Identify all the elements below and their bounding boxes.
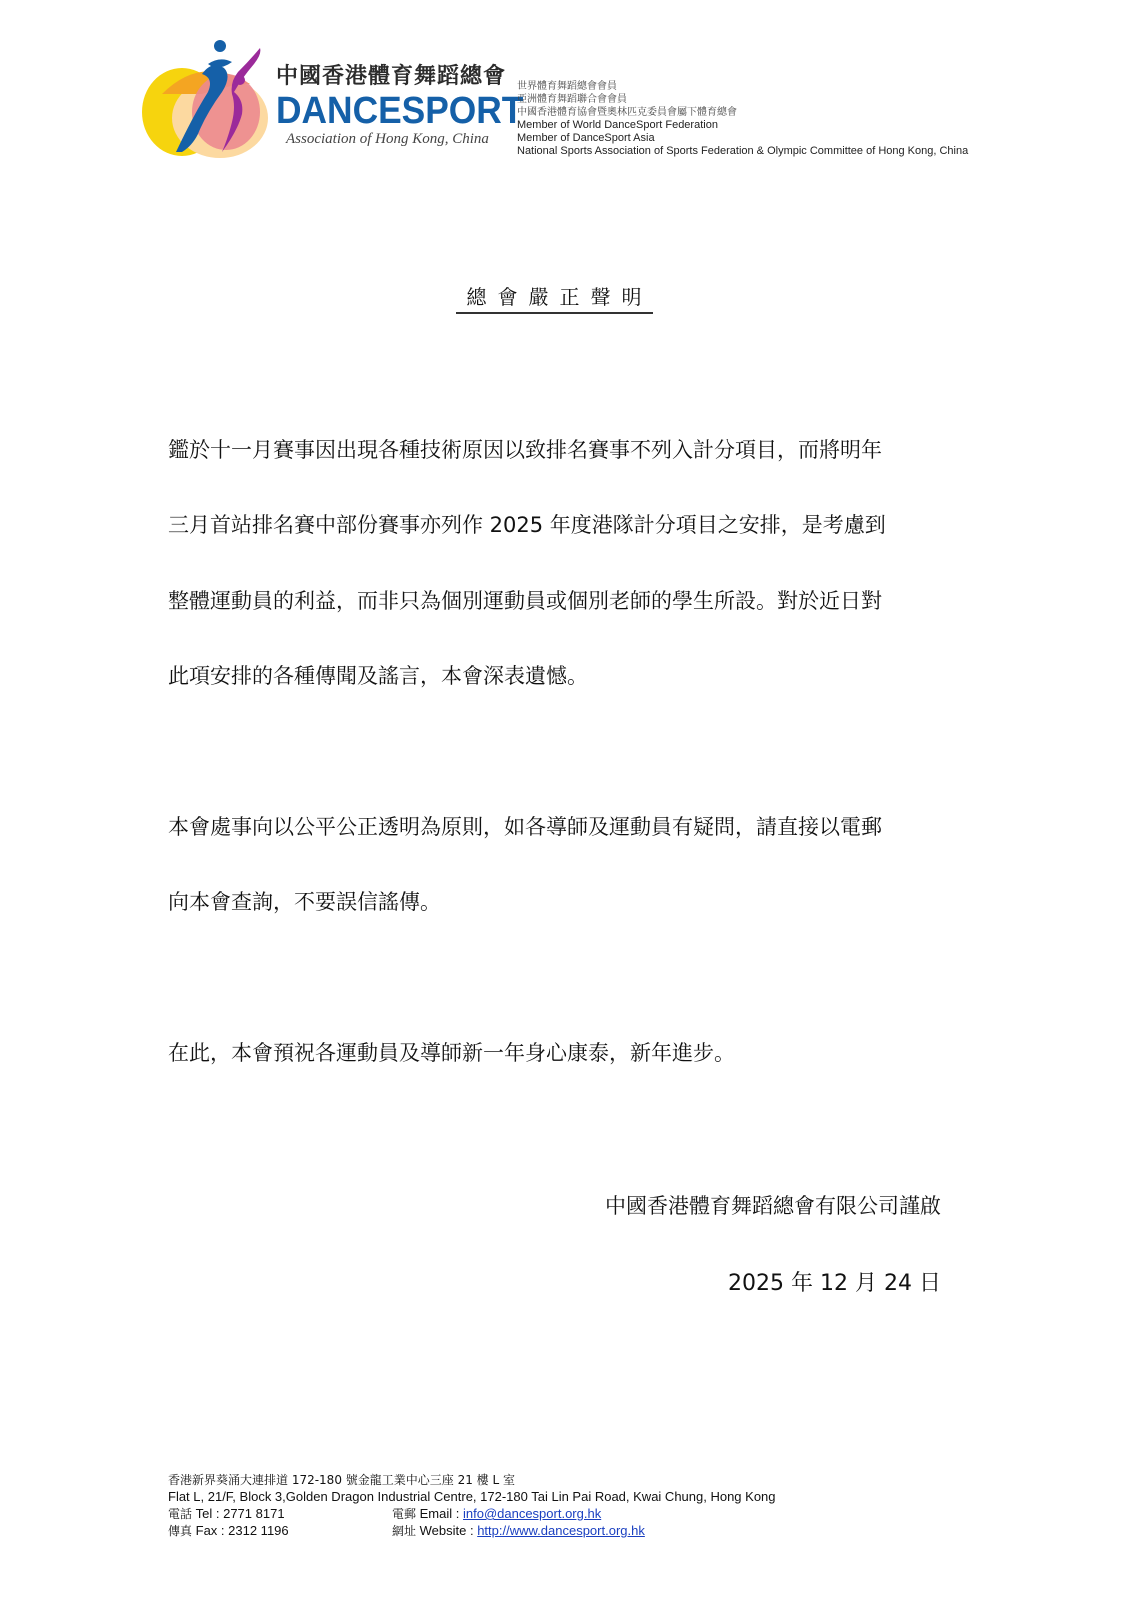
address-cn: 香港新界葵涌大連排道 172-180 號金龍工業中心三座 21 樓 L 室 xyxy=(168,1471,776,1488)
address-en: Flat L, 21/F, Block 3,Golden Dragon Indu… xyxy=(168,1488,776,1505)
logo-chinese-name: 中國香港體育舞蹈總會 xyxy=(276,64,542,90)
membership-line: 世界體育舞蹈總會會員 xyxy=(517,80,968,93)
membership-line: National Sports Association of Sports Fe… xyxy=(517,145,968,158)
email-label: Email : xyxy=(420,1506,463,1521)
paragraph-line: 三月首站排名賽中部份賽事亦列作 2025 年度港隊計分項目之安排，是考慮到 xyxy=(168,511,886,539)
signoff: 中國香港體育舞蹈總會有限公司謹啟 xyxy=(605,1190,941,1220)
document-title: 總會嚴正聲明 xyxy=(0,284,1108,314)
fax: 傳真 Fax : 2312 1196 xyxy=(168,1523,289,1538)
footer-contact: 香港新界葵涌大連排道 172-180 號金龍工業中心三座 21 樓 L 室 Fl… xyxy=(168,1471,776,1539)
website-link[interactable]: http://www.dancesport.org.hk xyxy=(477,1523,645,1538)
logo-english-name: DANCESPORT xyxy=(276,92,523,130)
paragraph-line: 本會處事向以公平公正透明為原則，如各導師及運動員有疑問，請直接以電郵 xyxy=(168,813,882,841)
contact-row-2: 傳真 Fax : 2312 1196 網址 Website : http://w… xyxy=(168,1522,776,1539)
paragraph-line: 此項安排的各種傳聞及謠言，本會深表遺憾。 xyxy=(168,662,588,690)
contact-row-1: 電話 Tel : 2771 8171 電郵 Email : info@dance… xyxy=(168,1505,776,1522)
website-label-cn: 網址 xyxy=(392,1524,416,1538)
fax-value: Fax : 2312 1196 xyxy=(196,1523,289,1538)
dancesport-logo-icon xyxy=(142,34,270,158)
logo-subtitle: Association of Hong Kong, China xyxy=(286,130,542,148)
website: 網址 Website : http://www.dancesport.org.h… xyxy=(392,1522,645,1540)
fax-label-cn: 傳真 xyxy=(168,1524,192,1538)
membership-line: Member of DanceSport Asia xyxy=(517,132,968,145)
website-label: Website : xyxy=(420,1523,478,1538)
title-text: 總會嚴正聲明 xyxy=(456,284,653,314)
tel: 電話 Tel : 2771 8171 xyxy=(168,1506,285,1521)
statement-date: 2025 年 12 月 24 日 xyxy=(728,1266,941,1297)
paragraph-line: 整體運動員的利益，而非只為個別運動員或個別老師的學生所設。對於近日對 xyxy=(168,587,882,615)
email: 電郵 Email : info@dancesport.org.hk xyxy=(392,1505,601,1523)
paragraph-line: 鑑於十一月賽事因出現各種技術原因以致排名賽事不列入計分項目，而將明年 xyxy=(168,436,882,464)
tel-label-cn: 電話 xyxy=(168,1507,192,1521)
email-link[interactable]: info@dancesport.org.hk xyxy=(463,1506,601,1521)
paragraph-line: 向本會查詢，不要誤信謠傳。 xyxy=(168,888,441,916)
memberships-list: 世界體育舞蹈總會會員 亞洲體育舞蹈聯合會會員 中國香港體育協會暨奧林匹克委員會屬… xyxy=(517,80,968,158)
paragraph-line: 在此，本會預祝各運動員及導師新一年身心康泰，新年進步。 xyxy=(168,1039,735,1067)
logo-wordmark: 中國香港體育舞蹈總會 DANCESPORT Association of Hon… xyxy=(276,64,542,148)
membership-line: 亞洲體育舞蹈聯合會會員 xyxy=(517,93,968,106)
email-label-cn: 電郵 xyxy=(392,1507,416,1521)
address-en-text: Flat L, 21/F, Block 3,Golden Dragon Indu… xyxy=(168,1489,776,1504)
address-cn-text: 香港新界葵涌大連排道 172-180 號金龍工業中心三座 21 樓 L 室 xyxy=(168,1473,515,1487)
letterhead: 中國香港體育舞蹈總會 DANCESPORT Association of Hon… xyxy=(0,0,1131,180)
membership-line: Member of World DanceSport Federation xyxy=(517,119,968,132)
tel-value: Tel : 2771 8171 xyxy=(196,1506,285,1521)
membership-line: 中國香港體育協會暨奧林匹克委員會屬下體育總會 xyxy=(517,106,968,119)
